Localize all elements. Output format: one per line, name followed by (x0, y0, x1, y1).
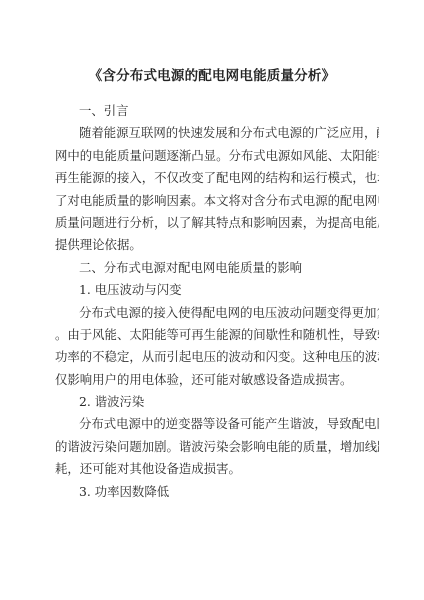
paragraph-line: 分布式电源的接入使得配电网的电压波动问题变得更加复杂 (55, 302, 379, 324)
document-page: 《含分布式电源的配电网电能质量分析》 一、引言 随着能源互联网的快速发展和分布式… (0, 0, 424, 600)
paragraph-line: 功率的不稳定，从而引起电压的波动和闪变。这种电压的波动不 (55, 346, 379, 368)
paragraph-line: 网中的电能质量问题逐渐凸显。分布式电源如风能、太阳能等可 (55, 145, 379, 167)
paragraph-line: 。由于风能、太阳能等可再生能源的间歇性和随机性，导致输出 (55, 324, 379, 346)
paragraph-line: 的谐波污染问题加剧。谐波污染会影响电能的质量，增加线路损 (55, 436, 379, 458)
document-body: 一、引言 随着能源互联网的快速发展和分布式电源的广泛应用，配电 网中的电能质量问… (55, 100, 379, 503)
section-heading-introduction: 一、引言 (55, 100, 379, 122)
paragraph-line: 再生能源的接入，不仅改变了配电网的结构和运行模式，也增加 (55, 167, 379, 189)
paragraph-line: 耗，还可能对其他设备造成损害。 (55, 458, 379, 480)
subheading-harmonic-pollution: 2. 谐波污染 (55, 391, 379, 413)
paragraph-line: 仅影响用户的用电体验，还可能对敏感设备造成损害。 (55, 369, 379, 391)
document-title: 《含分布式电源的配电网电能质量分析》 (0, 64, 424, 84)
paragraph-line: 提供理论依据。 (55, 234, 379, 256)
paragraph-line: 分布式电源中的逆变器等设备可能产生谐波，导致配电网中 (55, 413, 379, 435)
paragraph-line: 了对电能质量的影响因素。本文将对含分布式电源的配电网电能 (55, 190, 379, 212)
section-heading-impact: 二、分布式电源对配电网电能质量的影响 (55, 257, 379, 279)
paragraph-line: 随着能源互联网的快速发展和分布式电源的广泛应用，配电 (55, 122, 379, 144)
paragraph-line: 质量问题进行分析，以了解其特点和影响因素，为提高电能质量 (55, 212, 379, 234)
subheading-voltage-fluctuation: 1. 电压波动与闪变 (55, 279, 379, 301)
subheading-power-factor: 3. 功率因数降低 (55, 481, 379, 503)
